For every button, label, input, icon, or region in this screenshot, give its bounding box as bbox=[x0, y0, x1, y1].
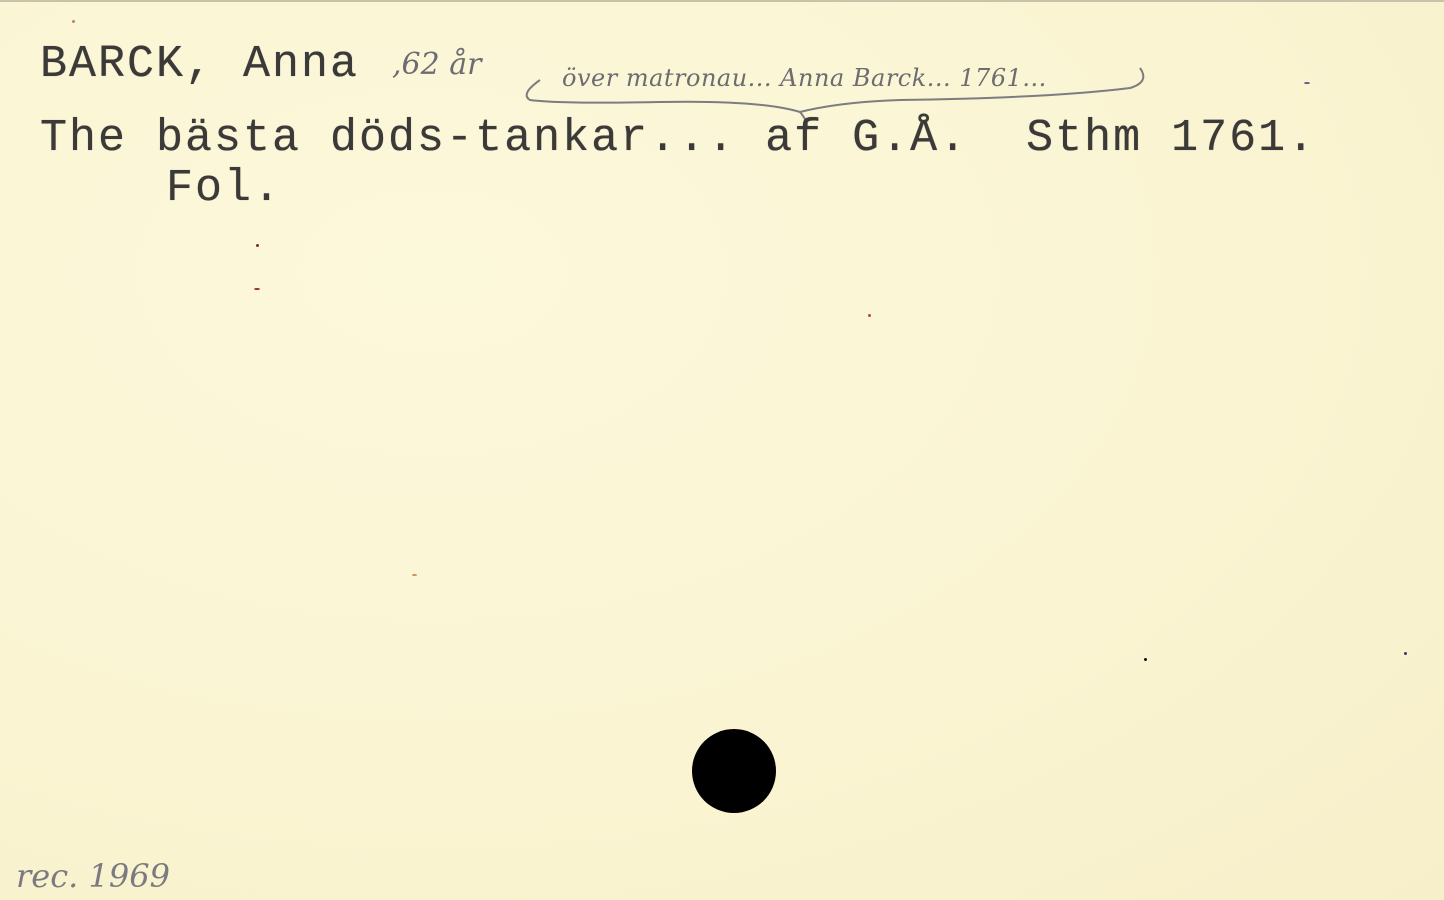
author-heading: BARCK, Anna bbox=[40, 42, 359, 87]
handwritten-annotation: över matronau... Anna Barck... 1761... bbox=[562, 66, 1047, 90]
speck bbox=[72, 20, 75, 23]
catalog-card: BARCK, Anna ,62 år över matronau... Anna… bbox=[0, 0, 1444, 900]
punch-hole bbox=[692, 729, 776, 813]
speck bbox=[1304, 82, 1310, 84]
handwritten-note: rec. 1969 bbox=[16, 860, 170, 892]
title-line-1: The bästa döds-tankar... af G.Å. Sthm 17… bbox=[40, 116, 1316, 161]
speck bbox=[868, 314, 871, 317]
speck bbox=[256, 244, 259, 247]
title-line-2: Fol. bbox=[166, 166, 282, 211]
handwritten-age: ,62 år bbox=[392, 50, 481, 80]
speck bbox=[254, 288, 260, 290]
speck bbox=[1144, 658, 1147, 661]
speck bbox=[1404, 652, 1407, 655]
speck bbox=[412, 574, 417, 576]
